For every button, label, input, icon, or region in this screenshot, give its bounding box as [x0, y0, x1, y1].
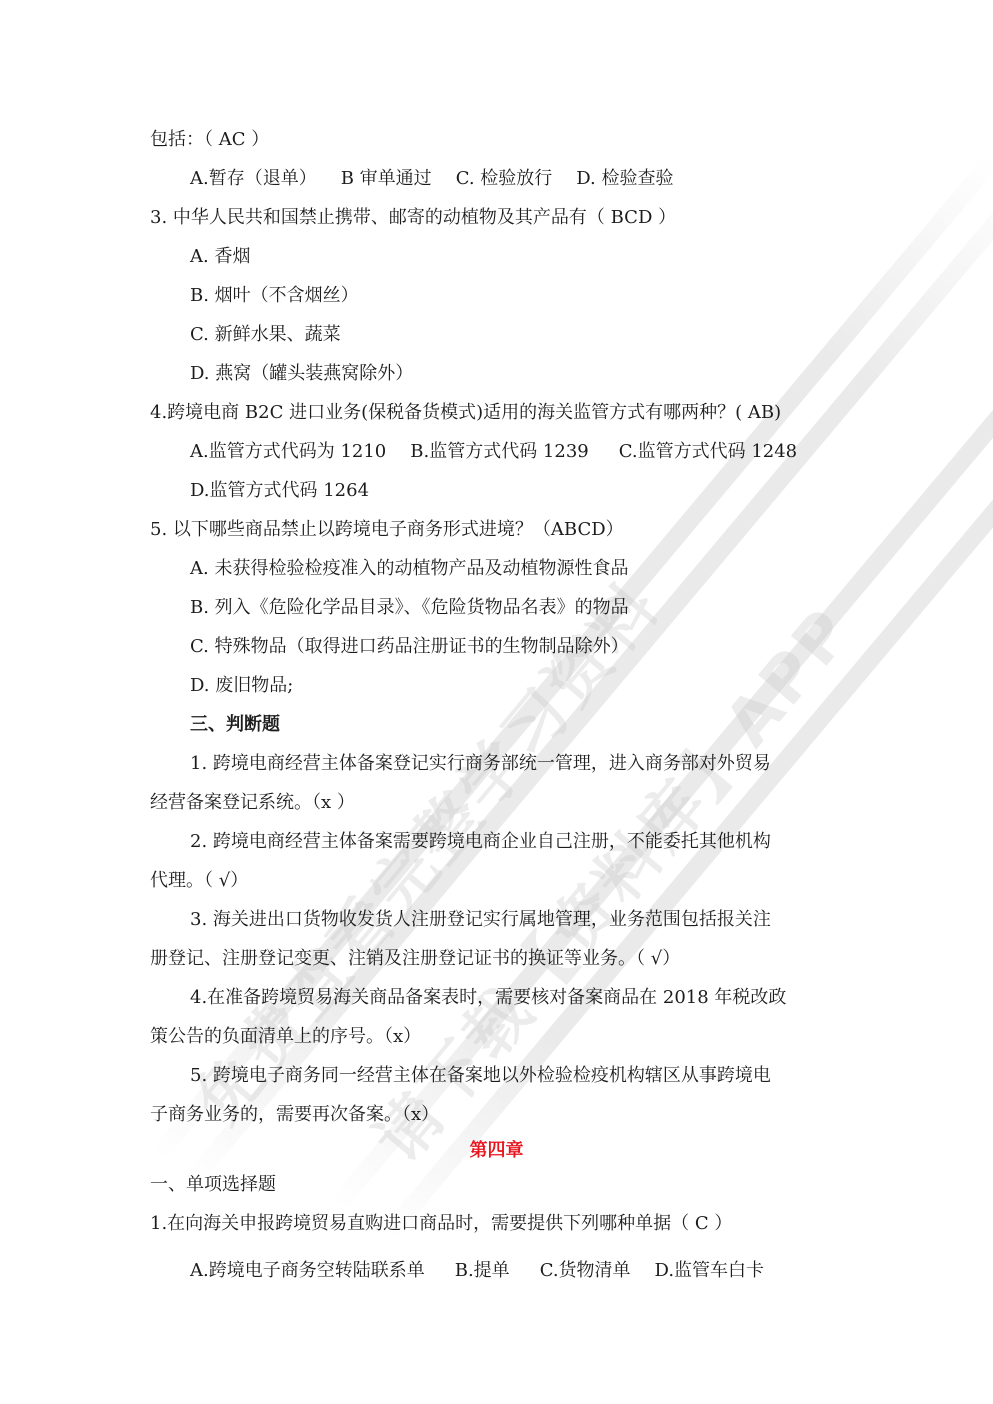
- option-d: D. 检验查验: [576, 168, 673, 189]
- tf-item-2-line1: 2. 跨境电商经营主体备案需要跨境电商企业自己注册，不能委托其他机构: [190, 830, 771, 854]
- question-4-stem: 4.跨境电商 B2C 进口业务(保税备货模式)适用的海关监管方式有哪两种？( A…: [150, 401, 781, 425]
- option-a: A.跨境电子商务空转陆联系单: [190, 1260, 425, 1281]
- watermark-stripe: [380, 234, 993, 1241]
- question-4-options-row1: A.监管方式代码为 1210B.监管方式代码 1239C.监管方式代码 1248: [190, 440, 797, 464]
- tf-item-2-line2: 代理。（ √）: [150, 869, 248, 893]
- question-3-option-c: C. 新鲜水果、蔬菜: [190, 323, 341, 347]
- question-3-stem: 3. 中华人民共和国禁止携带、邮寄的动植物及其产品有（ BCD ）: [150, 206, 676, 230]
- question-5-option-a: A. 未获得检验检疫准入的动植物产品及动植物源性食品: [190, 557, 628, 581]
- question-5-option-d: D. 废旧物品;: [190, 674, 293, 698]
- tf-item-4-line1: 4.在准备跨境贸易海关商品备案表时，需要核对备案商品在 2018 年税改政: [190, 986, 786, 1010]
- question-2-continuation: 包括：（ AC ）: [150, 128, 269, 152]
- option-c: C. 检验放行: [456, 168, 553, 189]
- tf-item-4-line2: 策公告的负面清单上的序号。（x）: [150, 1025, 421, 1049]
- option-c: C.监管方式代码 1248: [619, 441, 797, 462]
- option-a: A.监管方式代码为 1210: [190, 441, 386, 462]
- question-2-options: A.暂存（退单）B 审单通过C. 检验放行D. 检验查验: [190, 167, 674, 191]
- tf-item-3-line1: 3. 海关进出口货物收发货人注册登记实行属地管理，业务范围包括报关注: [190, 908, 771, 932]
- option-b: B 审单通过: [341, 168, 432, 189]
- tf-item-5-line1: 5. 跨境电子商务同一经营主体在备案地以外检验检疫机构辖区从事跨境电: [190, 1064, 771, 1088]
- tf-item-3-line2: 册登记、注册登记变更、注销及注册登记证书的换证等业务。（ √）: [150, 947, 680, 971]
- section-heading-true-false: 三、判断题: [190, 713, 280, 737]
- tf-item-1-line1: 1. 跨境电商经营主体备案登记实行商务部统一管理，进入商务部对外贸易: [190, 752, 771, 776]
- chapter-title: 第四章: [0, 1136, 993, 1162]
- option-b: B.监管方式代码 1239: [410, 441, 588, 462]
- option-b: B.提单: [455, 1260, 510, 1281]
- question-5-stem: 5. 以下哪些商品禁止以跨境电子商务形式进境？（ABCD）: [150, 518, 624, 542]
- option-a: A.暂存（退单）: [190, 168, 317, 189]
- question-3-option-d: D. 燕窝（罐头装燕窝除外）: [190, 362, 413, 386]
- document-page: 免费查看完整学习资料 请下载【资料库】APP 包括：（ AC ） A.暂存（退单…: [0, 0, 993, 1404]
- watermark-stripe: [330, 204, 993, 1211]
- section-heading-single-choice: 一、单项选择题: [150, 1173, 276, 1197]
- question-4-option-d: D.监管方式代码 1264: [190, 479, 369, 503]
- watermark-text-right: 请下载【资料库】APP: [350, 584, 870, 1179]
- question-3-option-b: B. 烟叶（不含烟丝）: [190, 284, 359, 308]
- question-3-option-a: A. 香烟: [190, 245, 250, 269]
- tf-item-5-line2: 子商务业务的，需要再次备案。（x）: [150, 1103, 439, 1127]
- ch4-question-1-options: A.跨境电子商务空转陆联系单B.提单C.货物清单D.监管车白卡: [190, 1259, 764, 1283]
- tf-item-1-line2: 经营备案登记系统。（x ）: [150, 791, 355, 815]
- option-d: D.监管车白卡: [655, 1260, 765, 1281]
- ch4-question-1-stem: 1.在向海关申报跨境贸易直购进口商品时，需要提供下列哪种单据（ C ）: [150, 1212, 732, 1236]
- option-c: C.货物清单: [540, 1260, 631, 1281]
- question-5-option-b: B. 列入《危险化学品目录》、《危险货物品名表》的物品: [190, 596, 629, 620]
- question-5-option-c: C. 特殊物品（取得进口药品注册证书的生物制品除外）: [190, 635, 629, 659]
